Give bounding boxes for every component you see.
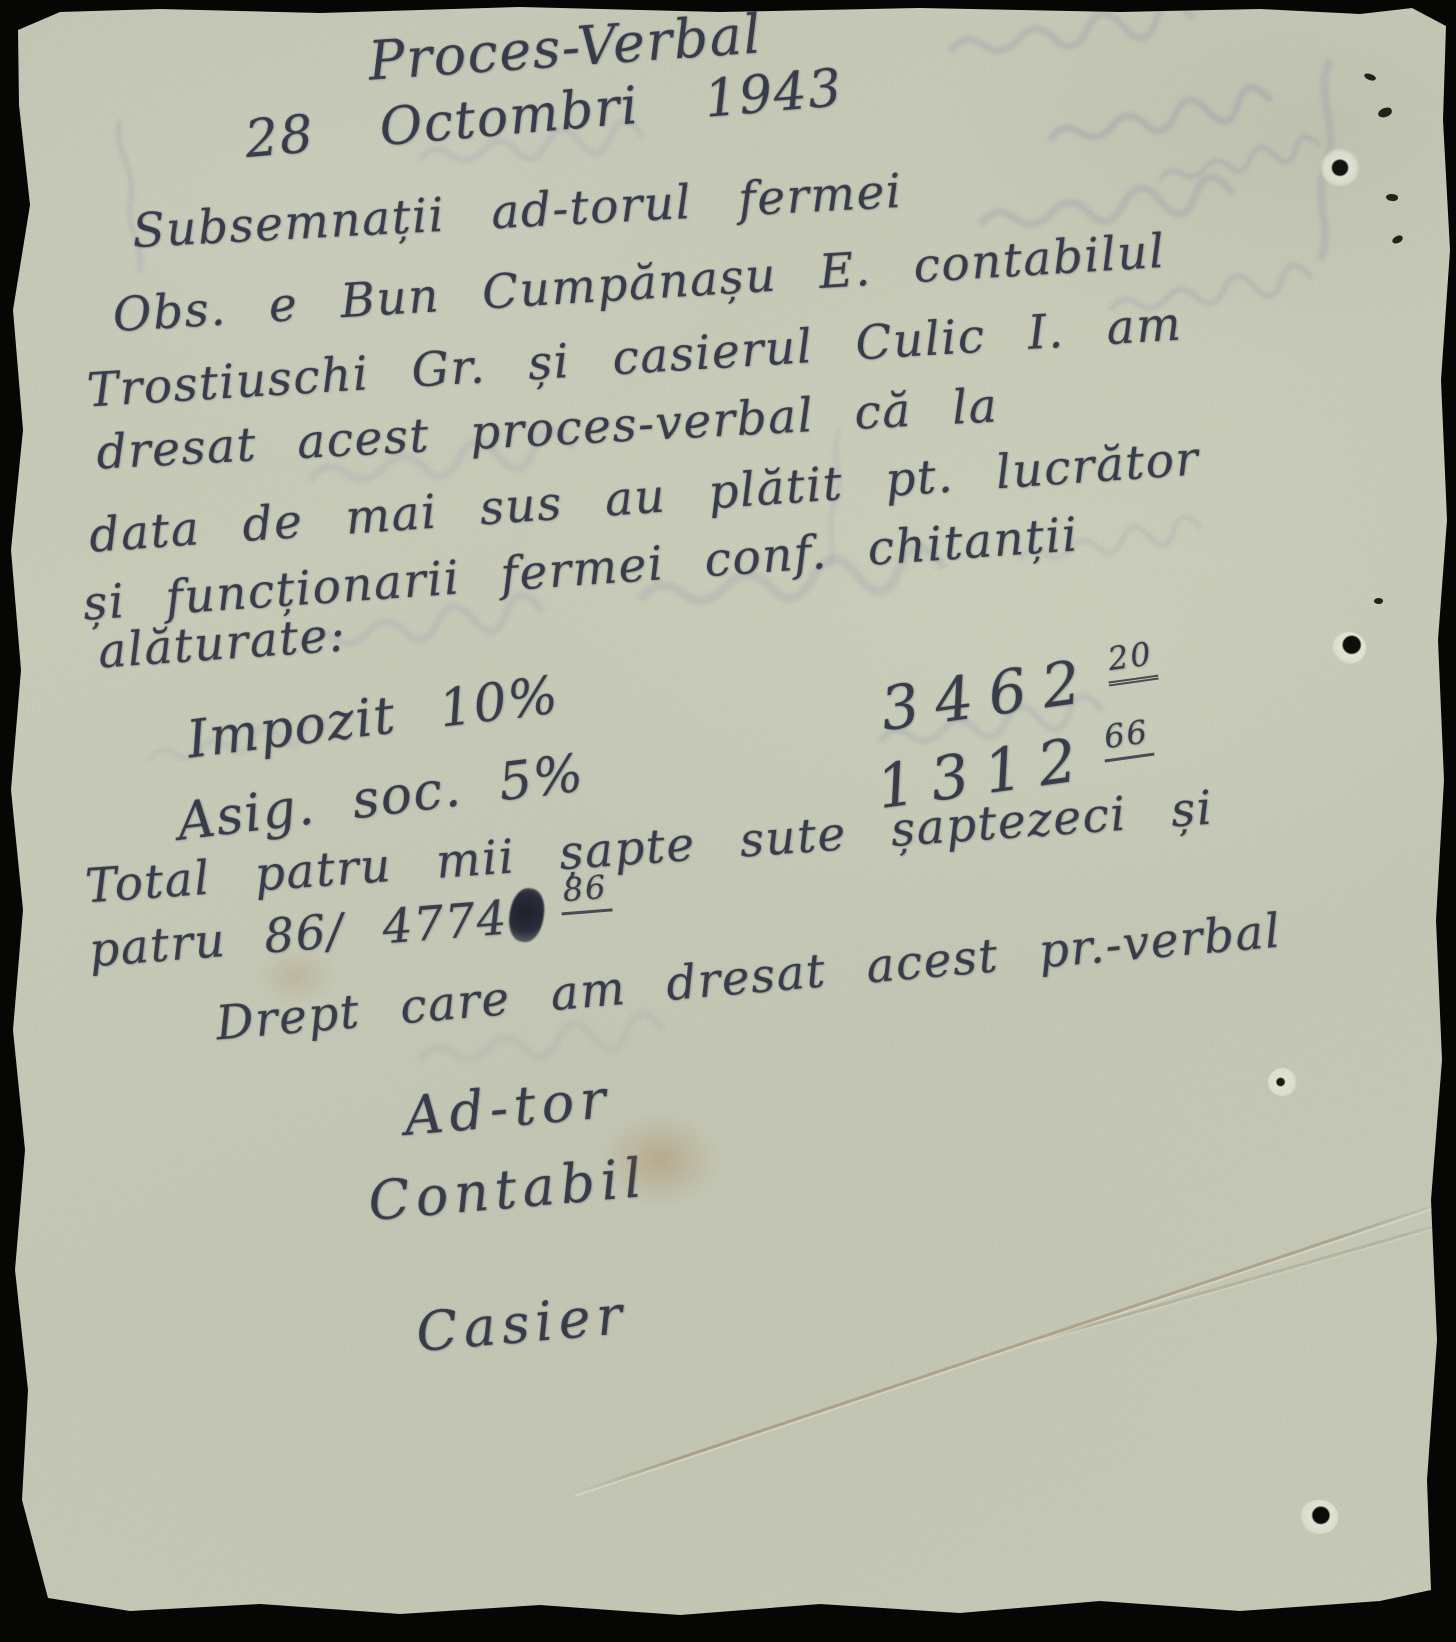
signature-label-casier: Casier [414,1283,631,1364]
paper-speck [1377,106,1393,118]
paper-speck [1363,72,1376,82]
paper: Proces-Verbal 28 Octombri 1943 Subsemnaț… [0,0,1456,1642]
signature-label-ad-tor: Ad-tor [402,1067,615,1148]
paper-speck [1391,234,1404,244]
crease-line [574,1200,1447,1495]
punch-hole-top [1320,148,1360,186]
scan-background: Proces-Verbal 28 Octombri 1943 Subsemnaț… [0,0,1456,1642]
body-line-1: Subsemnații ad-torul fermei [131,164,904,259]
signature-label-contabil: Contabil [366,1146,650,1233]
punch-hole-lower [1268,1068,1298,1096]
punch-hole-bottom [1300,1500,1338,1534]
crease-line-faint [1040,1220,1454,1341]
punch-hole-middle [1332,632,1366,664]
entry-amount-cents: 20 [1102,634,1159,687]
entry-amount-cents: 66 [1099,712,1155,763]
paper-speck [1385,193,1398,202]
paper-speck [1374,597,1384,604]
total-cents: 86 [558,868,612,916]
ink-blot [505,886,547,945]
